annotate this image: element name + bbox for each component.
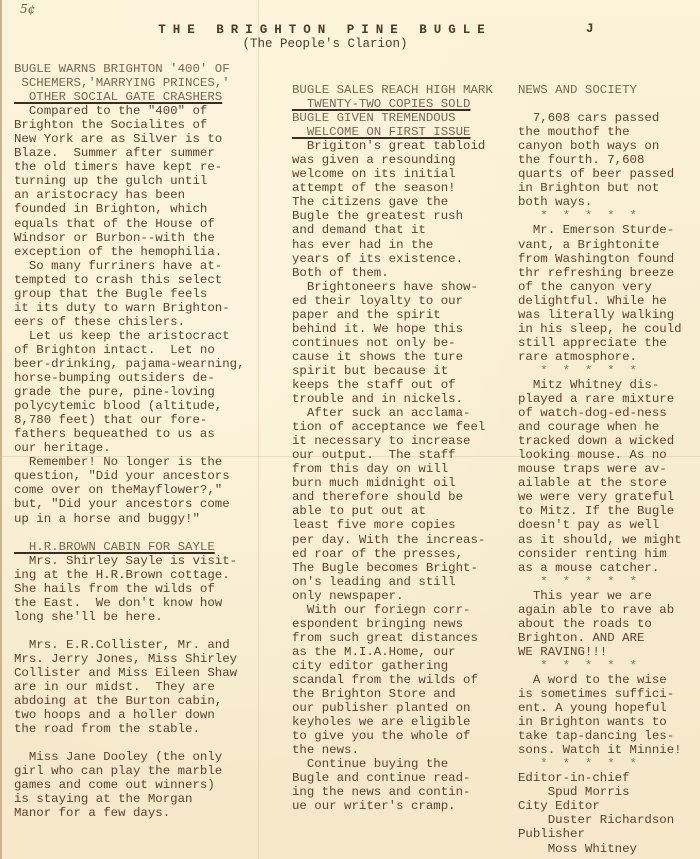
text-line: was literally walking: [518, 308, 682, 322]
text-line: canyon both ways on: [518, 139, 682, 153]
text-line: turning up the gulch until: [14, 174, 245, 188]
text-line: our heritage.: [14, 441, 245, 455]
text-line: it necessary to increase: [292, 434, 493, 448]
text-line: abdoing at the Burton cabin,: [14, 694, 245, 708]
text-line: welcome on its initial: [292, 167, 493, 181]
text-line: eers of these chislers.: [14, 315, 245, 329]
text-line: Collister and Miss Eileen Shaw: [14, 666, 245, 680]
text-line: Duster Richardson: [518, 813, 682, 827]
text-line: our output. The staff: [292, 448, 493, 462]
text-line: of watch-dog-ed-ness: [518, 406, 682, 420]
text-line: Mitz Whitney dis-: [518, 378, 682, 392]
headline-line: TWENTY-TWO COPIES SOLD: [292, 97, 493, 111]
text-line: doesn't pay as well: [518, 518, 682, 532]
text-line: our publisher planted on: [292, 701, 493, 715]
text-line: take tap-dancing les-: [518, 729, 682, 743]
text-line: WE RAVING!!!: [518, 645, 682, 659]
text-line: city editor gathering: [292, 659, 493, 673]
text-line: Spud Morris: [518, 785, 682, 799]
text-line: Manor for a few days.: [14, 806, 245, 820]
text-line: the Brighton Store and: [292, 687, 493, 701]
text-line: are in our midst. They are: [14, 680, 245, 694]
text-line: Mrs. Shirley Sayle is visit-: [14, 554, 245, 568]
text-line: cause it shows the ture: [292, 350, 493, 364]
page-letter: J: [586, 22, 594, 36]
text-line: per day. With the increas-: [292, 533, 493, 547]
text-line: The Bugle becomes Bright-: [292, 561, 493, 575]
text-line: about the roads to: [518, 617, 682, 631]
text-line: ing at the H.R.Brown cottage.: [14, 568, 245, 582]
text-line: delightful. While he: [518, 294, 682, 308]
text-line: burn much midnight oil: [292, 476, 493, 490]
text-line: as it should, we might: [518, 533, 682, 547]
text-line: mouse traps were av-: [518, 462, 682, 476]
headline-line: NEWS AND SOCIETY: [518, 83, 682, 97]
text-line: She hails from the wilds of: [14, 582, 245, 596]
text-line: two hoops and a holler down: [14, 708, 245, 722]
text-line: years of its existence.: [292, 252, 493, 266]
text-line: Continue buying the: [292, 757, 493, 771]
text-line: Remember! No longer is the: [14, 455, 245, 469]
text-line: Miss Jane Dooley (the only: [14, 750, 245, 764]
section-divider: * * * * *: [518, 209, 682, 223]
text-line: the road from the stable.: [14, 722, 245, 736]
text-line: vant, a Brightonite: [518, 238, 682, 252]
text-line: group that the Bugle feels: [14, 287, 245, 301]
text-line: we were very grateful: [518, 490, 682, 504]
text-line: thr refreshing breeze: [518, 266, 682, 280]
text-line: ed their loyalty to our: [292, 294, 493, 308]
text-line: ue our writer's cramp.: [292, 799, 493, 813]
headline-line: SCHEMERS,'MARRYING PRINCES,': [14, 76, 245, 90]
text-line: the news.: [292, 743, 493, 757]
text-line: and demand that it: [292, 223, 493, 237]
text-line: games and come out winners): [14, 778, 245, 792]
text-line: ent. A young hopeful: [518, 701, 682, 715]
text-line: Brigiton's great tabloid: [292, 139, 493, 153]
text-line: from this day on will: [292, 462, 493, 476]
text-line: City Editor: [518, 799, 682, 813]
text-line: come over on theMayflower?,": [14, 483, 245, 497]
text-line: Let us keep the aristocract: [14, 329, 245, 343]
headline-line: OTHER SOCIAL GATE CRASHERS: [14, 90, 245, 104]
text-line: This year we are: [518, 589, 682, 603]
headline-line: BUGLE SALES REACH HIGH MARK: [292, 83, 493, 97]
text-line: espondent bringing news: [292, 617, 493, 631]
text-line: Windsor or Burbon--with the: [14, 231, 245, 245]
text-line: Mrs. E.R.Collister, Mr. and: [14, 638, 245, 652]
text-line: behind it. We hope this: [292, 322, 493, 336]
text-line: attempt of the season!: [292, 181, 493, 195]
text-line: sons. Watch it Minnie!: [518, 743, 682, 757]
headline-line: WELCOME ON FIRST ISSUE: [292, 125, 493, 139]
text-line: the East. We don't know how: [14, 596, 245, 610]
text-line: is staying at the Morgan: [14, 792, 245, 806]
text-line: from Washington found: [518, 252, 682, 266]
text-line: to give you the whole of: [292, 729, 493, 743]
price-mark: 5¢: [20, 2, 35, 16]
text-line: but, "Did your ancestors come: [14, 497, 245, 511]
text-line: in Brighton but not: [518, 181, 682, 195]
text-line: Both of them.: [292, 266, 493, 280]
text-line: able to put out at: [292, 504, 493, 518]
text-line: as the M.I.A.Home, our: [292, 645, 493, 659]
text-line: tempted to crash this select: [14, 273, 245, 287]
text-line: New York are as Silver is to: [14, 132, 245, 146]
text-line: is sometimes suffici-: [518, 687, 682, 701]
text-line: spirit but because it: [292, 364, 493, 378]
text-line: grade the pure, pine-loving: [14, 385, 245, 399]
text-line: Moss Whitney: [518, 842, 682, 856]
text-line: paper and the spirit: [292, 308, 493, 322]
text-line: of the canyon very: [518, 280, 682, 294]
text-line: ailable at the store: [518, 476, 682, 490]
text-line: Bugle the greatest rush: [292, 209, 493, 223]
text-line: up in a horse and buggy!": [14, 512, 245, 526]
text-line: as a mouse catcher.: [518, 561, 682, 575]
masthead-subtitle: (The People's Clarion): [0, 37, 675, 51]
text-line: both ways.: [518, 195, 682, 209]
text-line: the fourth. 7,608: [518, 153, 682, 167]
text-line: trouble and in nickels.: [292, 392, 493, 406]
text-line: [14, 526, 245, 540]
text-line: Mr. Emerson Sturde-: [518, 223, 682, 237]
text-line: has ever had in the: [292, 238, 493, 252]
text-line: still appreciate the: [518, 336, 682, 350]
text-line: quarts of beer passed: [518, 167, 682, 181]
text-line: founded in Brighton, which: [14, 202, 245, 216]
text-line: the mouthof the: [518, 125, 682, 139]
text-line: Blaze. Summer after summer: [14, 146, 245, 160]
text-line: ing the news and contin-: [292, 785, 493, 799]
left-column: BUGLE WARNS BRIGHTON '400' OF SCHEMERS,'…: [14, 62, 245, 821]
text-line: tracked down a wicked: [518, 434, 682, 448]
text-line: polycytemic blood (altitude,: [14, 399, 245, 413]
text-line: least five more copies: [292, 518, 493, 532]
text-line: 7,608 cars passed: [518, 111, 682, 125]
text-line: Bugle and continue read-: [292, 771, 493, 785]
text-line: 8,780 feet) that our fore-: [14, 413, 245, 427]
section-divider: * * * * *: [518, 659, 682, 673]
right-column: NEWS AND SOCIETY 7,608 cars passedthe mo…: [518, 83, 682, 856]
text-line: horse-bumping outsiders de-: [14, 371, 245, 385]
middle-column: BUGLE SALES REACH HIGH MARK TWENTY-TWO C…: [292, 83, 493, 813]
text-line: looking mouse. As no: [518, 448, 682, 462]
headline-line: H.R.BROWN CABIN FOR SAYLE: [14, 540, 245, 554]
text-line: again able to rave ab: [518, 603, 682, 617]
text-line: A word to the wise: [518, 673, 682, 687]
text-line: to Mitz. If the Bugle: [518, 504, 682, 518]
section-divider: * * * * *: [518, 364, 682, 378]
text-line: long she'll be here.: [14, 610, 245, 624]
text-line: The citizens gave the: [292, 195, 493, 209]
headline-line: BUGLE WARNS BRIGHTON '400' OF: [14, 62, 245, 76]
section-divider: * * * * *: [518, 757, 682, 771]
text-line: Compared to the "400" of: [14, 104, 245, 118]
text-line: on's leading and still: [292, 575, 493, 589]
text-line: and courage when he: [518, 420, 682, 434]
section-divider: * * * * *: [518, 575, 682, 589]
text-line: continues not only be-: [292, 336, 493, 350]
text-line: [14, 736, 245, 750]
text-line: With our foriegn corr-: [292, 603, 493, 617]
text-line: After suck an acclama-: [292, 406, 493, 420]
text-line: was given a resounding: [292, 153, 493, 167]
text-line: Brighton the Socialites of: [14, 118, 245, 132]
masthead-title: THE BRIGHTON PINE BUGLE: [0, 23, 675, 37]
text-line: [14, 624, 245, 638]
text-line: scandal from the wilds of: [292, 673, 493, 687]
text-line: Editor-in-chief: [518, 771, 682, 785]
text-line: consider renting him: [518, 547, 682, 561]
text-line: fathers bequeathed to us as: [14, 427, 245, 441]
text-line: Brighton. AND ARE: [518, 631, 682, 645]
text-line: only newspaper.: [292, 589, 493, 603]
text-line: exception of the hemophilia.: [14, 245, 245, 259]
text-line: it its duty to warn Brighton-: [14, 301, 245, 315]
fold-crease-vertical: [258, 0, 259, 859]
text-line: equals that of the House of: [14, 217, 245, 231]
text-line: in his sleep, he could: [518, 322, 682, 336]
text-line: tion of acceptance we feel: [292, 420, 493, 434]
text-line: beer-drinking, pajama-wearning,: [14, 357, 245, 371]
text-line: question, "Did your ancestors: [14, 469, 245, 483]
paper-edge: [0, 0, 2, 859]
text-line: keyholes we are eligible: [292, 715, 493, 729]
text-line: [518, 97, 682, 111]
text-line: ed roar of the presses,: [292, 547, 493, 561]
text-line: an aristocracy has been: [14, 188, 245, 202]
text-line: played a rare mixture: [518, 392, 682, 406]
text-line: Brightoneers have show-: [292, 280, 493, 294]
text-line: the old timers have kept re-: [14, 160, 245, 174]
text-line: So many furriners have at-: [14, 259, 245, 273]
text-line: Publisher: [518, 827, 682, 841]
text-line: in Brighton wants to: [518, 715, 682, 729]
text-line: and therefore should be: [292, 490, 493, 504]
headline-line: BUGLE GIVEN TREMENDOUS: [292, 111, 493, 125]
text-line: of Brighton intact. Let no: [14, 343, 245, 357]
text-line: keeps the staff out of: [292, 378, 493, 392]
text-line: girl who can play the marble: [14, 764, 245, 778]
text-line: Mrs. Jerry Jones, Miss Shirley: [14, 652, 245, 666]
text-line: from such great distances: [292, 631, 493, 645]
text-line: rare atmosphore.: [518, 350, 682, 364]
